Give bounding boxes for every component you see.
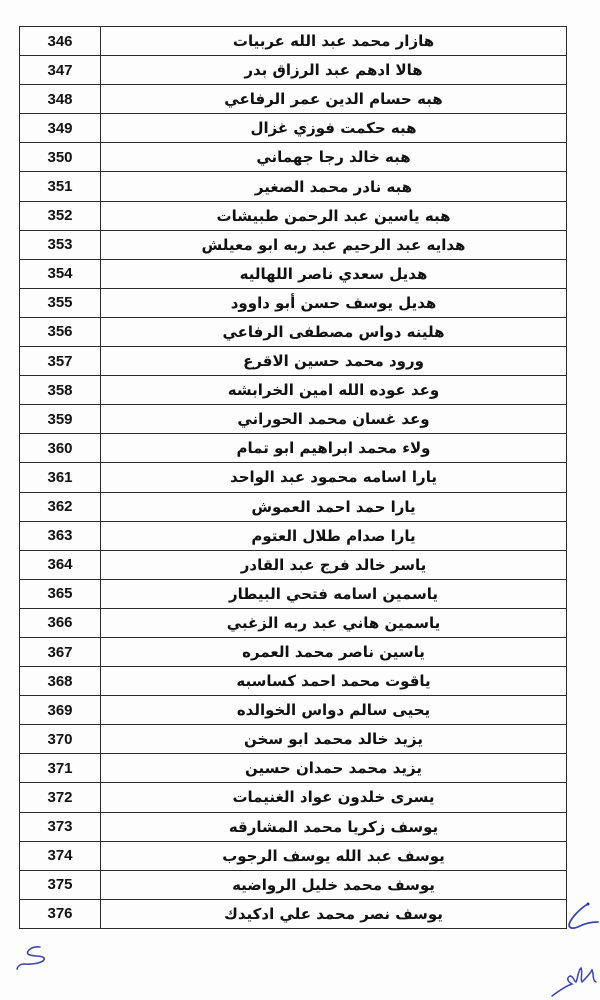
row-number: 356: [20, 317, 101, 346]
table-row: 376يوسف نصر محمد علي ادكيدك: [20, 899, 567, 928]
person-name: هدايه عبد الرحيم عبد ربه ابو معيلش: [101, 230, 567, 259]
table-row: 375يوسف محمد خليل الرواضيه: [20, 870, 567, 899]
row-number: 354: [20, 259, 101, 288]
row-number: 374: [20, 841, 101, 870]
row-number: 346: [20, 27, 101, 56]
signature-bottom-right: [548, 948, 600, 1000]
person-name: يوسف زكريا محمد المشارقه: [101, 812, 567, 841]
table-row: 363يارا صدام طلال العتوم: [20, 521, 567, 550]
row-number: 364: [20, 550, 101, 579]
table-row: 359وعد غسان محمد الحوراني: [20, 405, 567, 434]
row-number: 368: [20, 667, 101, 696]
table-row: 356هلينه دواس مصطفى الرفاعي: [20, 317, 567, 346]
row-number: 367: [20, 637, 101, 666]
person-name: ورود محمد حسين الاقرع: [101, 347, 567, 376]
table-row: 367ياسين ناصر محمد العمره: [20, 637, 567, 666]
person-name: هالا ادهم عبد الرزاق بدر: [101, 56, 567, 85]
scanned-page: 346هازار محمد عبد الله عربيات347هالا اده…: [0, 0, 600, 1000]
person-name: وعد غسان محمد الحوراني: [101, 405, 567, 434]
person-name: ياسر خالد فرج عبد القادر: [101, 550, 567, 579]
person-name: ياسمين هاني عبد ربه الزغبي: [101, 608, 567, 637]
row-number: 353: [20, 230, 101, 259]
person-name: يوسف نصر محمد علي ادكيدك: [101, 899, 567, 928]
table-row: 365ياسمين اسامه فتحي البيطار: [20, 579, 567, 608]
row-number: 358: [20, 376, 101, 405]
table-row: 370يزيد خالد محمد ابو سخن: [20, 725, 567, 754]
table-row: 353هدايه عبد الرحيم عبد ربه ابو معيلش: [20, 230, 567, 259]
person-name: هبه حسام الدين عمر الرفاعي: [101, 85, 567, 114]
person-name: هديل سعدي ناصر اللهاليه: [101, 259, 567, 288]
table-row: 369يحيى سالم دواس الخوالده: [20, 696, 567, 725]
row-number: 355: [20, 288, 101, 317]
row-number: 366: [20, 608, 101, 637]
table-row: 350هبه خالد رجا جهماني: [20, 143, 567, 172]
row-number: 349: [20, 114, 101, 143]
row-number: 348: [20, 85, 101, 114]
person-name: ياقوت محمد احمد كساسبه: [101, 667, 567, 696]
signature-check-right-margin: [564, 900, 600, 940]
table-row: 368ياقوت محمد احمد كساسبه: [20, 667, 567, 696]
person-name: يارا صدام طلال العتوم: [101, 521, 567, 550]
table-row: 366ياسمين هاني عبد ربه الزغبي: [20, 608, 567, 637]
table-row: 351هبه نادر محمد الصغير: [20, 172, 567, 201]
table-row: 362يارا حمد احمد العموش: [20, 492, 567, 521]
person-name: هديل يوسف حسن أبو داوود: [101, 288, 567, 317]
row-number: 350: [20, 143, 101, 172]
table-row: 361يارا اسامه محمود عبد الواحد: [20, 463, 567, 492]
row-number: 361: [20, 463, 101, 492]
row-number: 370: [20, 725, 101, 754]
row-number: 363: [20, 521, 101, 550]
row-number: 365: [20, 579, 101, 608]
row-number: 376: [20, 899, 101, 928]
row-number: 357: [20, 347, 101, 376]
person-name: يزيد محمد حمدان حسين: [101, 754, 567, 783]
row-number: 360: [20, 434, 101, 463]
person-name: ياسمين اسامه فتحي البيطار: [101, 579, 567, 608]
row-number: 375: [20, 870, 101, 899]
row-number: 347: [20, 56, 101, 85]
person-name: يزيد خالد محمد ابو سخن: [101, 725, 567, 754]
person-name: يسرى خلدون عواد الغنيمات: [101, 783, 567, 812]
person-name: هبه خالد رجا جهماني: [101, 143, 567, 172]
person-name: يارا اسامه محمود عبد الواحد: [101, 463, 567, 492]
person-name: هازار محمد عبد الله عربيات: [101, 27, 567, 56]
table-row: 374يوسف عبد الله يوسف الرجوب: [20, 841, 567, 870]
person-name: يوسف عبد الله يوسف الرجوب: [101, 841, 567, 870]
table-row: 358وعد عوده الله امين الخرابشه: [20, 376, 567, 405]
table-row: 354هديل سعدي ناصر اللهاليه: [20, 259, 567, 288]
table-row: 355هديل يوسف حسن أبو داوود: [20, 288, 567, 317]
person-name: يوسف محمد خليل الرواضيه: [101, 870, 567, 899]
row-number: 371: [20, 754, 101, 783]
person-name: هبه حكمت فوزي غزال: [101, 114, 567, 143]
person-name: ولاء محمد ابراهيم ابو تمام: [101, 434, 567, 463]
table-row: 347هالا ادهم عبد الرزاق بدر: [20, 56, 567, 85]
person-name: وعد عوده الله امين الخرابشه: [101, 376, 567, 405]
table-row: 357ورود محمد حسين الاقرع: [20, 347, 567, 376]
row-number: 369: [20, 696, 101, 725]
person-name: يارا حمد احمد العموش: [101, 492, 567, 521]
person-name: هبه نادر محمد الصغير: [101, 172, 567, 201]
row-number: 351: [20, 172, 101, 201]
table-row: 372يسرى خلدون عواد الغنيمات: [20, 783, 567, 812]
table-row: 373يوسف زكريا محمد المشارقه: [20, 812, 567, 841]
person-name: ياسين ناصر محمد العمره: [101, 637, 567, 666]
person-name: هبه ياسين عبد الرحمن طبيشات: [101, 201, 567, 230]
table-row: 349هبه حكمت فوزي غزال: [20, 114, 567, 143]
row-number: 362: [20, 492, 101, 521]
table-row: 364ياسر خالد فرج عبد القادر: [20, 550, 567, 579]
signature-initial-bottom-left: [14, 942, 54, 972]
person-name: يحيى سالم دواس الخوالده: [101, 696, 567, 725]
table-row: 360ولاء محمد ابراهيم ابو تمام: [20, 434, 567, 463]
row-number: 373: [20, 812, 101, 841]
row-number: 352: [20, 201, 101, 230]
names-table-body: 346هازار محمد عبد الله عربيات347هالا اده…: [20, 27, 567, 929]
table-row: 346هازار محمد عبد الله عربيات: [20, 27, 567, 56]
table-row: 371يزيد محمد حمدان حسين: [20, 754, 567, 783]
row-number: 372: [20, 783, 101, 812]
table-row: 348هبه حسام الدين عمر الرفاعي: [20, 85, 567, 114]
row-number: 359: [20, 405, 101, 434]
table-row: 352هبه ياسين عبد الرحمن طبيشات: [20, 201, 567, 230]
names-table: 346هازار محمد عبد الله عربيات347هالا اده…: [19, 26, 567, 929]
person-name: هلينه دواس مصطفى الرفاعي: [101, 317, 567, 346]
